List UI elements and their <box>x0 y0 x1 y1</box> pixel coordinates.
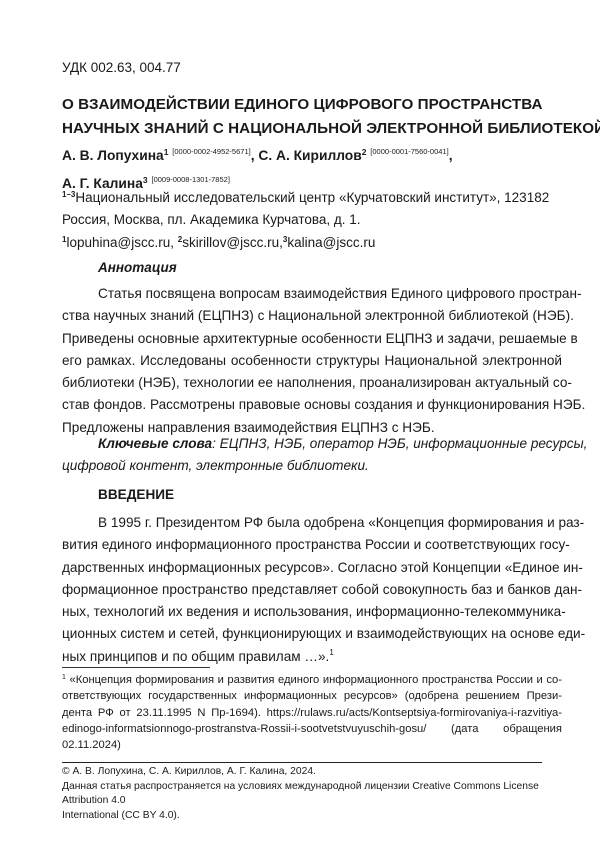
keywords: Ключевые слова: ЕЦПНЗ, НЭБ, оператор НЭБ… <box>62 433 562 478</box>
author-name: А. В. Лопухина <box>62 148 164 163</box>
footnote-line[interactable]: дента РФ от 23.11.1995 N Пр-1694). https… <box>62 705 562 721</box>
abstract-line: Приведены основные архитектурные особенн… <box>62 328 562 350</box>
copyright-notice: © А. В. Лопухина, С. А. Кириллов, А. Г. … <box>62 765 562 823</box>
separator: , <box>170 235 178 250</box>
author-index: 3 <box>143 175 148 185</box>
footnote-reference[interactable]: 1 <box>329 648 333 657</box>
license-line-2: International (CC BY 4.0). <box>62 809 562 824</box>
abstract-line: библиотеки (НЭБ), технологии ее наполнен… <box>62 372 562 394</box>
paper-title: О ВЗАИМОДЕЙСТВИИ ЕДИНОГО ЦИФРОВОГО ПРОСТ… <box>62 93 562 141</box>
keywords-line-2: цифровой контент, электронные библиотеки… <box>62 455 562 477</box>
title-line-2: НАУЧНЫХ ЗНАНИЙ С НАЦИОНАЛЬНОЙ ЭЛЕКТРОННО… <box>62 117 562 141</box>
abstract-text: Статья посвящена вопросам взаимодействия… <box>62 283 562 439</box>
intro-line: ных принципов и по общим правилам …». <box>62 649 329 664</box>
abstract-line: став фондов. Рассмотрены правовые основы… <box>62 394 562 416</box>
intro-line: ционных систем и сетей, функционирующих … <box>62 623 562 645</box>
udk-code: УДК 002.63, 004.77 <box>62 60 181 75</box>
email-link[interactable]: kalina@jscc.ru <box>287 235 375 250</box>
affiliation-index: 1–3 <box>62 190 75 199</box>
footnote-line[interactable]: edinogo-informatsionnogo-prostranstva-Ro… <box>62 721 562 737</box>
footnote-index: 1 <box>62 674 66 681</box>
copyright-divider <box>62 762 542 763</box>
affiliation: 1–3Национальный исследовательский центр … <box>62 187 562 231</box>
emails: 1lopuhina@jscc.ru, 2skirillov@jscc.ru,3k… <box>62 232 375 254</box>
abstract-heading: Аннотация <box>98 260 177 275</box>
author-orcid[interactable]: [0000-0001-7560-0041] <box>370 147 448 156</box>
copyright-line-1: © А. В. Лопухина, С. А. Кириллов, А. Г. … <box>62 765 562 780</box>
footnote-line: «Концепция формирования и развития едино… <box>69 674 562 686</box>
email-link[interactable]: skirillov@jscc.ru <box>182 235 279 250</box>
author-index: 2 <box>362 147 367 157</box>
intro-line: дарственных информационных ресурсов». Со… <box>62 557 562 579</box>
affiliation-line-2: Россия, Москва, пл. Академика Курчатова,… <box>62 209 562 231</box>
footnote-line: ответствующих государственных информацио… <box>62 688 562 704</box>
abstract-line: ства научных знаний (ЕЦПНЗ) с Национальн… <box>62 305 562 327</box>
author-orcid[interactable]: [0009-0008-1301-7852] <box>152 175 230 184</box>
intro-line: ных, технологий их ведения и использован… <box>62 601 562 623</box>
affiliation-line-1: Национальный исследовательский центр «Ку… <box>75 190 549 205</box>
intro-line: В 1995 г. Президентом РФ была одобрена «… <box>62 512 562 534</box>
footnote-line: 02.11.2024) <box>62 737 562 753</box>
author-name: С. А. Кириллов <box>258 148 361 163</box>
introduction-heading: ВВЕДЕНИЕ <box>98 487 174 502</box>
intro-line: формационное пространство представляет с… <box>62 579 562 601</box>
email-link[interactable]: lopuhina@jscc.ru <box>66 235 170 250</box>
footnote-divider <box>62 667 210 668</box>
abstract-line: его рамках. Исследованы особенности стру… <box>62 350 562 372</box>
keywords-label: Ключевые слова <box>98 436 212 451</box>
abstract-line: Статья посвящена вопросам взаимодействия… <box>62 283 562 305</box>
author-orcid[interactable]: [0000-0002-4952-5671] <box>172 147 250 156</box>
keywords-line-1: : ЕЦПНЗ, НЭБ, оператор НЭБ, информационн… <box>212 436 587 451</box>
author-index: 1 <box>164 147 169 157</box>
intro-line: вития единого информационного пространст… <box>62 534 562 556</box>
license-line-1: Данная статья распространяется на услови… <box>62 780 562 809</box>
title-line-1: О ВЗАИМОДЕЙСТВИИ ЕДИНОГО ЦИФРОВОГО ПРОСТ… <box>62 93 562 117</box>
introduction-text: В 1995 г. Президентом РФ была одобрена «… <box>62 512 562 668</box>
footnote: 1 «Концепция формирования и развития еди… <box>62 672 562 753</box>
